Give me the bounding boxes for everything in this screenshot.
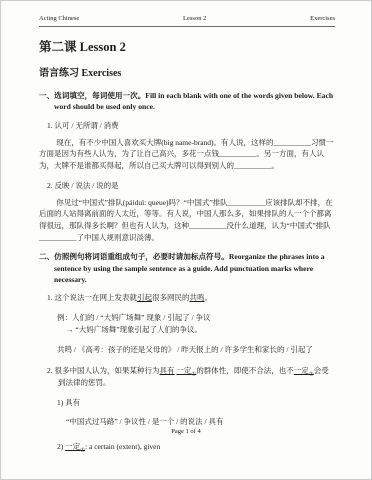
sentence-1-underline-gongming: 共鸣 [190, 293, 205, 302]
header-left-text: Acting Chinese [39, 15, 79, 23]
yiding-2-word: 一定 [294, 366, 309, 375]
example-answer: → “大妈广场舞”现象引起了人们的争议。 [66, 324, 335, 335]
header-right-text: Exercises [310, 15, 335, 23]
subitem-2-gloss: : a certain (extent), given [85, 442, 160, 451]
exercise-2-word-bank: 2. 反映 / 说法 / 说的是 [47, 180, 335, 191]
subitem-2-word: 一定 [65, 442, 80, 451]
sentence-1-text-mid: 很多网民的 [152, 293, 190, 302]
lesson-title: 第二课 Lesson 2 [39, 37, 335, 55]
running-head: Acting Chinese Lesson 2 Exercises [39, 15, 335, 27]
sentence-1-underline-yinqi: 引起 [137, 293, 152, 302]
document-page: Acting Chinese Lesson 2 Exercises 第二课 Le… [0, 0, 372, 480]
subitem-2-number: 2) [57, 442, 65, 451]
page-footer: Page 1 of 4 [1, 428, 371, 435]
exercise-2-passage: 你见过“中国式”排队(páiduì: queue)吗？“中国式”排队______… [39, 197, 335, 244]
page-header: Acting Chinese Lesson 2 Exercises [39, 15, 335, 27]
section-one-heading: 一、选词填空，每词使用一次。Fill in each blank with on… [39, 90, 335, 113]
example-answer-text: “大妈广场舞”现象引起了人们的争议。 [74, 325, 203, 334]
subitem-2-label: 2) 一定①: a certain (extent), given [57, 441, 335, 452]
sentence-2-text-mid: 的群体性，即使不合法，也不 [196, 366, 294, 375]
sentence-1-text-end: 。 [205, 293, 213, 302]
subitem-2-underline-yiding: 一定① [65, 442, 85, 451]
reorganize-sentence-2: 2. 很多中国人认为，如果某种行为具有 一定①的群体性，即使不合法，也不一定②会… [47, 365, 335, 388]
reorganize-2-phrases: “中国式过马路” / 争议性 / 是一个 / 的说法 / 具有 [66, 416, 335, 427]
reorganize-sentence-1: 1. 这个说法一在网上发表就引起很多网民的共鸣。 [47, 292, 335, 304]
subitem-1-label: 1) 具有 [57, 397, 335, 408]
section-two-heading: 二、仿照例句将词语重组成句子，必要时请加标点符号。Reorganize the … [39, 251, 335, 285]
sentence-2-underline-juyou: 具有 [160, 366, 175, 375]
example-phrases: 例：人们的 / “大妈广场舞” 现象 / 引起了 / 争议 [57, 312, 335, 323]
sentence-2-text: 2. 很多中国人认为，如果某种行为 [47, 366, 160, 375]
arrow-icon: → [66, 325, 74, 334]
exercise-1-passage: 现在，有不少中国人喜欢买大牌(big name-brand)。有人说，这样的__… [39, 137, 335, 172]
sentence-2-underline-yiding-2: 一定② [294, 366, 314, 375]
header-center-text: Lesson 2 [183, 15, 206, 23]
sentence-1-text: 1. 这个说法一在网上发表就 [47, 293, 137, 302]
sentence-2-underline-yiding-1: 一定① [176, 366, 196, 375]
exercises-subtitle: 语言练习 Exercises [39, 64, 335, 79]
exercise-1-word-bank: 1. 认可 / 无所谓 / 消费 [47, 120, 335, 131]
yiding-1-word: 一定 [176, 366, 191, 375]
reorganize-1-phrases: 共鸣 / 《高考：孩子的还是父母的》 / 昨天报上的 / 许多学生和家长的 / … [57, 344, 335, 355]
document-body: 第二课 Lesson 2 语言练习 Exercises 一、选词填空，每词使用一… [1, 1, 371, 452]
